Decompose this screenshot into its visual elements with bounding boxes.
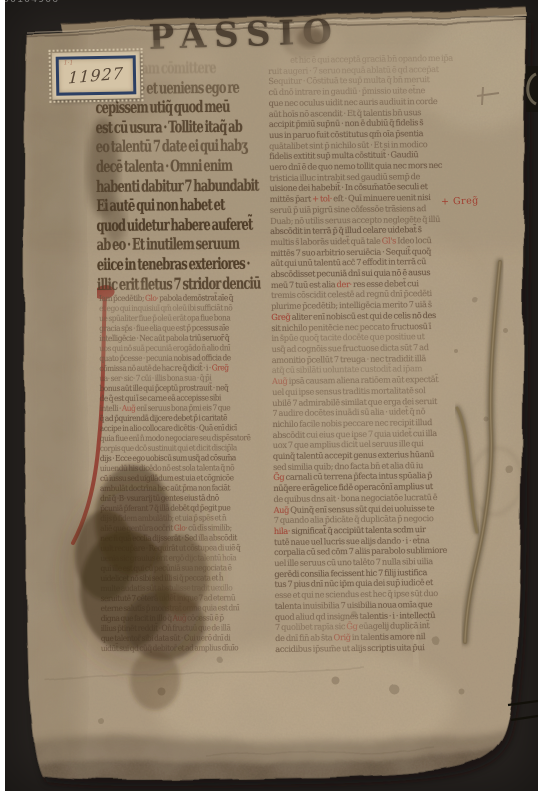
margin-note-greg: + Greg̃ [441, 195, 479, 207]
rubric-citation: G̃g [273, 472, 284, 482]
text-line: habenti dabitur 7 habundabit [96, 175, 226, 196]
text-line: Ei autē qui non habet et [96, 195, 226, 216]
rubric-citation: Greg̃ [212, 363, 229, 372]
rubric-citation: Aug̃ [272, 376, 288, 386]
rubric-citation: Gl's [382, 235, 396, 245]
rubric-citation: Aug̃ [273, 504, 289, 514]
gloss-right-column: et hic ē qui acceptā graciā bn̄ opando m… [268, 52, 485, 654]
shelfmark-label: 1·1 11927 [52, 51, 141, 100]
rubric-citation: Glo· [174, 524, 187, 533]
rubric-citation: Greg̃ [271, 312, 290, 322]
text-line: est cū usura · Tollite itaq̃ ab [96, 117, 226, 138]
text-line: cepissem utiq̃ quod meū [95, 97, 225, 118]
shelfmark-label-border: 1·1 11927 [56, 55, 137, 95]
rubric-citation: Aug̃ [173, 614, 187, 623]
scan-number: 00104906 [5, 0, 59, 5]
text-line: decē talenta · Omni enim [96, 156, 226, 177]
shelfmark-number: 11927 [68, 63, 125, 87]
gloss-left-column: Iam p̄cedētib; Glo· pabola demōstrat̃ aī… [99, 293, 269, 654]
rubric-citation: Orig̃ [333, 632, 350, 642]
text-line: quod uidetur habere auferet̃ [96, 215, 226, 236]
rubric-citation: G̃g [346, 621, 357, 631]
manuscript-photo: 00104906 PASSIO am cōmittere· et ueniens… [5, 0, 538, 791]
rubric-citation: hila· [274, 526, 290, 536]
page-title: PASSIO [148, 11, 369, 58]
text-line: ab eo · Et inutilem seruum [97, 234, 227, 255]
text-line: uidūt̃ sui qd cūq̃ debitor̄ et ad ampliu… [101, 643, 257, 654]
rubric-citation: Aug̃ [122, 404, 136, 413]
rubric-citation: + tol· [312, 193, 332, 203]
text-line: illic erit fletus 7 stridor denciū [97, 273, 227, 294]
rubric-citation: der· [336, 279, 351, 289]
rubric-citation: Glo· [145, 294, 158, 303]
label-corner-mark: 1·1 [64, 59, 74, 66]
text-line: eo talentū 7 date ei qui habʒ [96, 136, 226, 157]
screenshot-root: { "scan_number": "00104906", "page": { "… [0, 0, 541, 800]
text-line: eiice in tenebras exteriores · [97, 254, 227, 275]
clasp-fragment [526, 66, 538, 112]
